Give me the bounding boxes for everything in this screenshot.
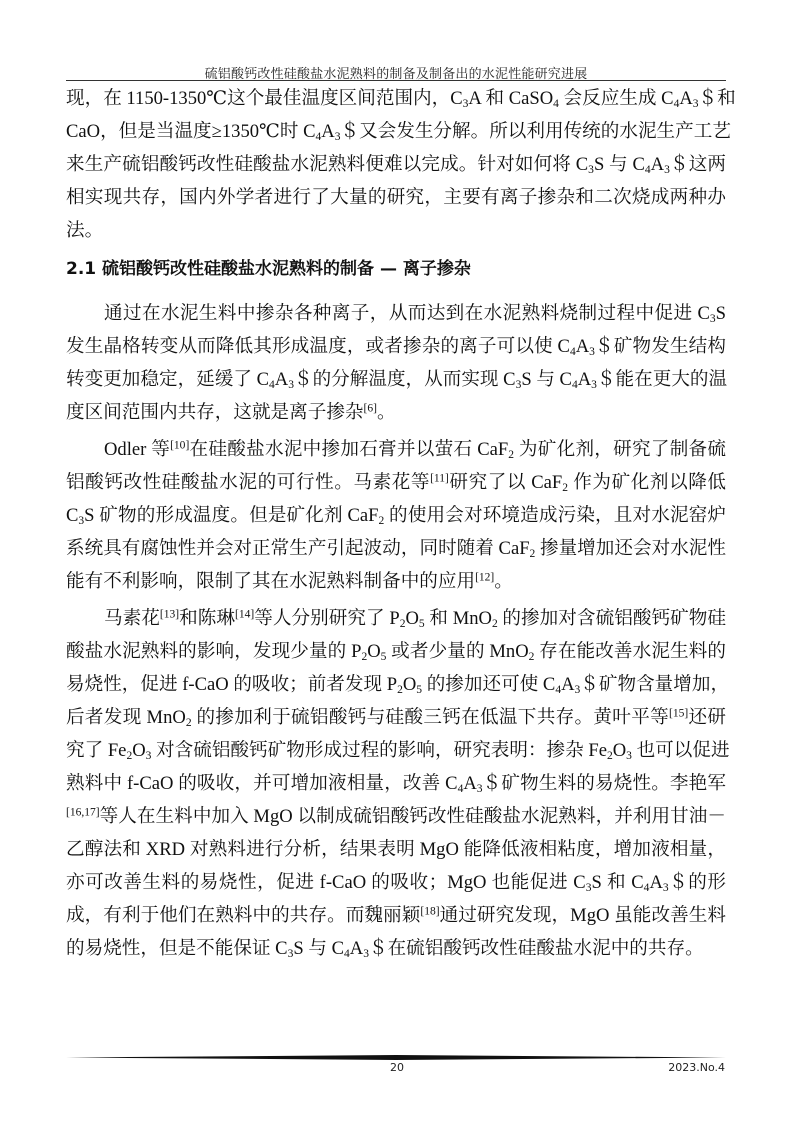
text-line: C3S 矿物的形成温度。但是矿化剂 CaF2 的使用会对环境造成污染，且对水泥窑…	[66, 501, 726, 531]
text-run: 相实现共存，国内外学者进行了大量的研究，主要有离子掺杂和二次烧成两种办	[66, 187, 726, 208]
text-run: 转变更加稳定，延缓了 C	[66, 369, 269, 390]
text-line: 转变更加稳定，延缓了 C4A3＄的分解温度，从而实现 C3S 与 C4A3＄能在…	[66, 365, 726, 395]
text-run: C	[66, 505, 78, 526]
text-line: 的易烧性，但是不能保证 C3S 与 C4A3＄在硫铝酸钙改性硅酸盐水泥中的共存。	[66, 934, 726, 964]
text-run: 来生产硫铝酸钙改性硅酸盐水泥熟料便难以完成。针对如何将 C	[66, 154, 588, 175]
issue-label: 2023.No.4	[668, 1061, 725, 1074]
citation-superscript: [11]	[430, 473, 449, 485]
text-run: ＄矿物生料的易烧性。李艳军	[483, 773, 726, 794]
text-run: 和陈琳	[179, 608, 235, 629]
citation-superscript: [16,17]	[66, 807, 100, 819]
text-run: A	[463, 773, 476, 794]
text-line: 系统具有腐蚀性并会对正常生产引起波动，同时随着 CaF2 掺量增加还会对水泥性	[66, 534, 726, 564]
text-run: 系统具有腐蚀性并会对正常生产引起波动，同时随着 CaF	[66, 538, 530, 559]
text-line: 后者发现 MnO2 的掺加利于硫铝酸钙与硅酸三钙在低温下共存。黄叶平等[15]还…	[66, 703, 726, 733]
text-run: S 矿物的形成温度。但是矿化剂 CaF	[84, 505, 378, 526]
text-line: 来生产硫铝酸钙改性硅酸盐水泥熟料便难以完成。针对如何将 C3S 与 C4A3＄这…	[66, 150, 726, 180]
text-run: 后者发现 MnO	[66, 707, 186, 728]
text-run: S 和 C	[591, 872, 643, 893]
text-run: 通过在水泥生料中掺杂各种离子，从而达到在水泥熟料烧制过程中促进 C	[104, 303, 710, 324]
text-line: 通过在水泥生料中掺杂各种离子，从而达到在水泥熟料烧制过程中促进 C3S	[66, 299, 726, 329]
text-run: 的易烧性，但是不能保证 C	[66, 938, 288, 959]
citation-superscript: [13]	[160, 609, 179, 621]
text-run: 能有不利影响，限制了其在水泥熟料制备中的应用	[66, 571, 475, 592]
text-run: 马素花	[104, 608, 160, 629]
text-run: 还研	[688, 707, 726, 728]
text-run: 对含硫铝酸钙矿物形成过程的影响，研究表明：掺杂 Fe	[151, 740, 607, 761]
section-heading: 2.1 硫铝酸钙改性硅酸盐水泥熟料的制备 — 离子掺杂	[66, 254, 471, 284]
text-run: O	[132, 740, 145, 761]
text-run: 。	[377, 402, 396, 423]
citation-superscript: [10]	[170, 440, 189, 452]
text-line: 酸盐水泥熟料的影响，发现少量的 P2O5 或者少量的 MnO2 存在能改善水泥生…	[66, 637, 726, 667]
text-run: A	[578, 369, 591, 390]
text-run: 熟料中 f-CaO 的吸收，并可增加液相量，改善 C	[66, 773, 458, 794]
text-line: 熟料中 f-CaO 的吸收，并可增加液相量，改善 C4A3＄矿物生料的易烧性。李…	[66, 769, 726, 799]
text-line: 铝酸钙改性硅酸盐水泥的可行性。马素花等[11]研究了以 CaF2 作为矿化剂以降…	[66, 468, 726, 498]
text-run: S 与 C	[594, 154, 645, 175]
text-line: 成，有利于他们在熟料中的共存。而魏丽颖[18]通过研究发现，MgO 虽能改善生料	[66, 901, 726, 931]
text-run: ＄的形	[669, 872, 726, 893]
text-run: 研究了以 CaF	[449, 472, 562, 493]
text-run: A	[651, 154, 664, 175]
text-run: 法。	[66, 220, 103, 241]
text-line: 亦可改善生料的易烧性，促进 f-CaO 的吸收；MgO 也能促进 C3S 和 C…	[66, 868, 726, 898]
text-run: ＄矿物含量增加，	[580, 674, 729, 695]
text-run: A	[649, 872, 662, 893]
citation-superscript: [14]	[235, 609, 254, 621]
text-run: 为矿化剂，研究了制备硫	[514, 439, 726, 460]
text-run: S 与 C	[293, 938, 344, 959]
text-run: 存在能改善水泥生料的	[534, 641, 726, 662]
text-run: 作为矿化剂以降低	[568, 472, 726, 493]
text-run: 也可以促进	[632, 740, 730, 761]
citation-superscript: [6]	[364, 403, 377, 415]
text-run: A	[350, 938, 363, 959]
text-run: 会反应生成 C	[559, 88, 674, 109]
text-run: A	[561, 674, 574, 695]
text-run: 等人分别研究了 P	[254, 608, 400, 629]
text-line: 发生晶格转变从而降低其形成温度，或者掺杂的离子可以使 C4A3＄矿物发生结构	[66, 332, 726, 362]
text-run: 通过研究发现，MgO 虽能改善生料	[440, 905, 726, 926]
text-run: 或者少量的 MnO	[386, 641, 528, 662]
text-run: ＄在硫铝酸钙改性硅酸盐水泥中的共存。	[369, 938, 704, 959]
text-run: 。	[494, 571, 513, 592]
text-run: ＄又会发生分解。所以利用传统的水泥生产工艺	[340, 121, 730, 142]
text-line: 马素花[13]和陈琳[14]等人分别研究了 P2O5 和 MnO2 的掺加对含硫…	[66, 604, 726, 634]
text-run: 和 MnO	[425, 608, 492, 629]
text-run: Odler 等	[104, 439, 170, 460]
text-run: 易烧性，促进 f-CaO 的吸收；前者发现 P	[66, 674, 397, 695]
text-line: 能有不利影响，限制了其在水泥熟料制备中的应用[12]。	[66, 567, 726, 597]
text-run: CaO，但是当温度≥1350℃时 C	[66, 121, 315, 142]
text-run: 成，有利于他们在熟料中的共存。而魏丽颖	[66, 905, 420, 926]
text-line: 现，在 1150-1350℃这个最佳温度区间范围内，C3A 和 CaSO4 会反…	[66, 84, 726, 114]
text-run: A	[576, 336, 589, 357]
text-line: 法。	[66, 216, 726, 246]
text-run: O	[367, 641, 380, 662]
text-run: ＄和	[699, 88, 736, 109]
text-run: 的掺加对含硫铝酸钙矿物硅	[498, 608, 726, 629]
text-line: 易烧性，促进 f-CaO 的吸收；前者发现 P2O5 的掺加还可使 C4A3＄矿…	[66, 670, 726, 700]
text-line: 相实现共存，国内外学者进行了大量的研究，主要有离子掺杂和二次烧成两种办	[66, 183, 726, 213]
text-run: 现，在 1150-1350℃这个最佳温度区间范围内，C	[66, 88, 463, 109]
text-line: 度区间范围内共存，这就是离子掺杂[6]。	[66, 398, 726, 428]
text-run: O	[613, 740, 626, 761]
text-run: 究了 Fe	[66, 740, 126, 761]
text-run: 亦可改善生料的易烧性，促进 f-CaO 的吸收；MgO 也能促进 C	[66, 872, 586, 893]
text-run: O	[403, 674, 416, 695]
text-line: 乙醇法和 XRD 对熟料进行分析，结果表明 MgO 能降低液相粘度，增加液相量，	[66, 835, 726, 865]
text-line: 究了 Fe2O3 对含硫铝酸钙矿物形成过程的影响，研究表明：掺杂 Fe2O3 也…	[66, 736, 726, 766]
text-run: 度区间范围内共存，这就是离子掺杂	[66, 402, 364, 423]
citation-superscript: [18]	[420, 906, 439, 918]
text-line: [16,17]等人在生料中加入 MgO 以制成硫铝酸钙改性硅酸盐水泥熟料，并利用…	[66, 802, 726, 832]
text-run: A 和 CaSO	[468, 88, 553, 109]
text-run: ＄的分解温度，从而实现 C	[294, 369, 516, 390]
text-run: 铝酸钙改性硅酸盐水泥的可行性。马素花等	[66, 472, 430, 493]
text-run: ＄矿物发生结构	[595, 336, 726, 357]
text-run: S	[716, 303, 726, 324]
footer-rule	[66, 1055, 726, 1059]
text-run: 的掺加利于硫铝酸钙与硅酸三钙在低温下共存。黄叶平等	[192, 707, 669, 728]
page-number: 20	[390, 1061, 404, 1074]
text-run: O	[405, 608, 418, 629]
text-run: 酸盐水泥熟料的影响，发现少量的 P	[66, 641, 361, 662]
text-run: A	[275, 369, 288, 390]
text-run: 的使用会对环境造成污染，且对水泥窑炉	[384, 505, 726, 526]
text-run: A	[679, 88, 692, 109]
text-line: CaO，但是当温度≥1350℃时 C4A3＄又会发生分解。所以利用传统的水泥生产…	[66, 117, 726, 147]
text-run: ＄能在更大的温	[597, 369, 727, 390]
text-run: 发生晶格转变从而降低其形成温度，或者掺杂的离子可以使 C	[66, 336, 570, 357]
text-line: Odler 等[10]在硅酸盐水泥中掺加石膏并以萤石 CaF2 为矿化剂，研究了…	[66, 435, 726, 465]
text-run: S 与 C	[521, 369, 572, 390]
text-run: ＄这两	[670, 154, 726, 175]
text-run: 等人在生料中加入 MgO 以制成硫铝酸钙改性硅酸盐水泥熟料，并利用甘油－	[100, 806, 726, 827]
citation-superscript: [12]	[475, 572, 494, 584]
text-run: A	[321, 121, 334, 142]
text-run: 掺量增加还会对水泥性	[535, 538, 726, 559]
header-rule	[66, 80, 726, 81]
text-run: 的掺加还可使 C	[422, 674, 555, 695]
text-run: 在硅酸盐水泥中掺加石膏并以萤石 CaF	[189, 439, 508, 460]
text-run: 乙醇法和 XRD 对熟料进行分析，结果表明 MgO 能降低液相粘度，增加液相量，	[66, 839, 726, 860]
citation-superscript: [15]	[669, 708, 688, 720]
